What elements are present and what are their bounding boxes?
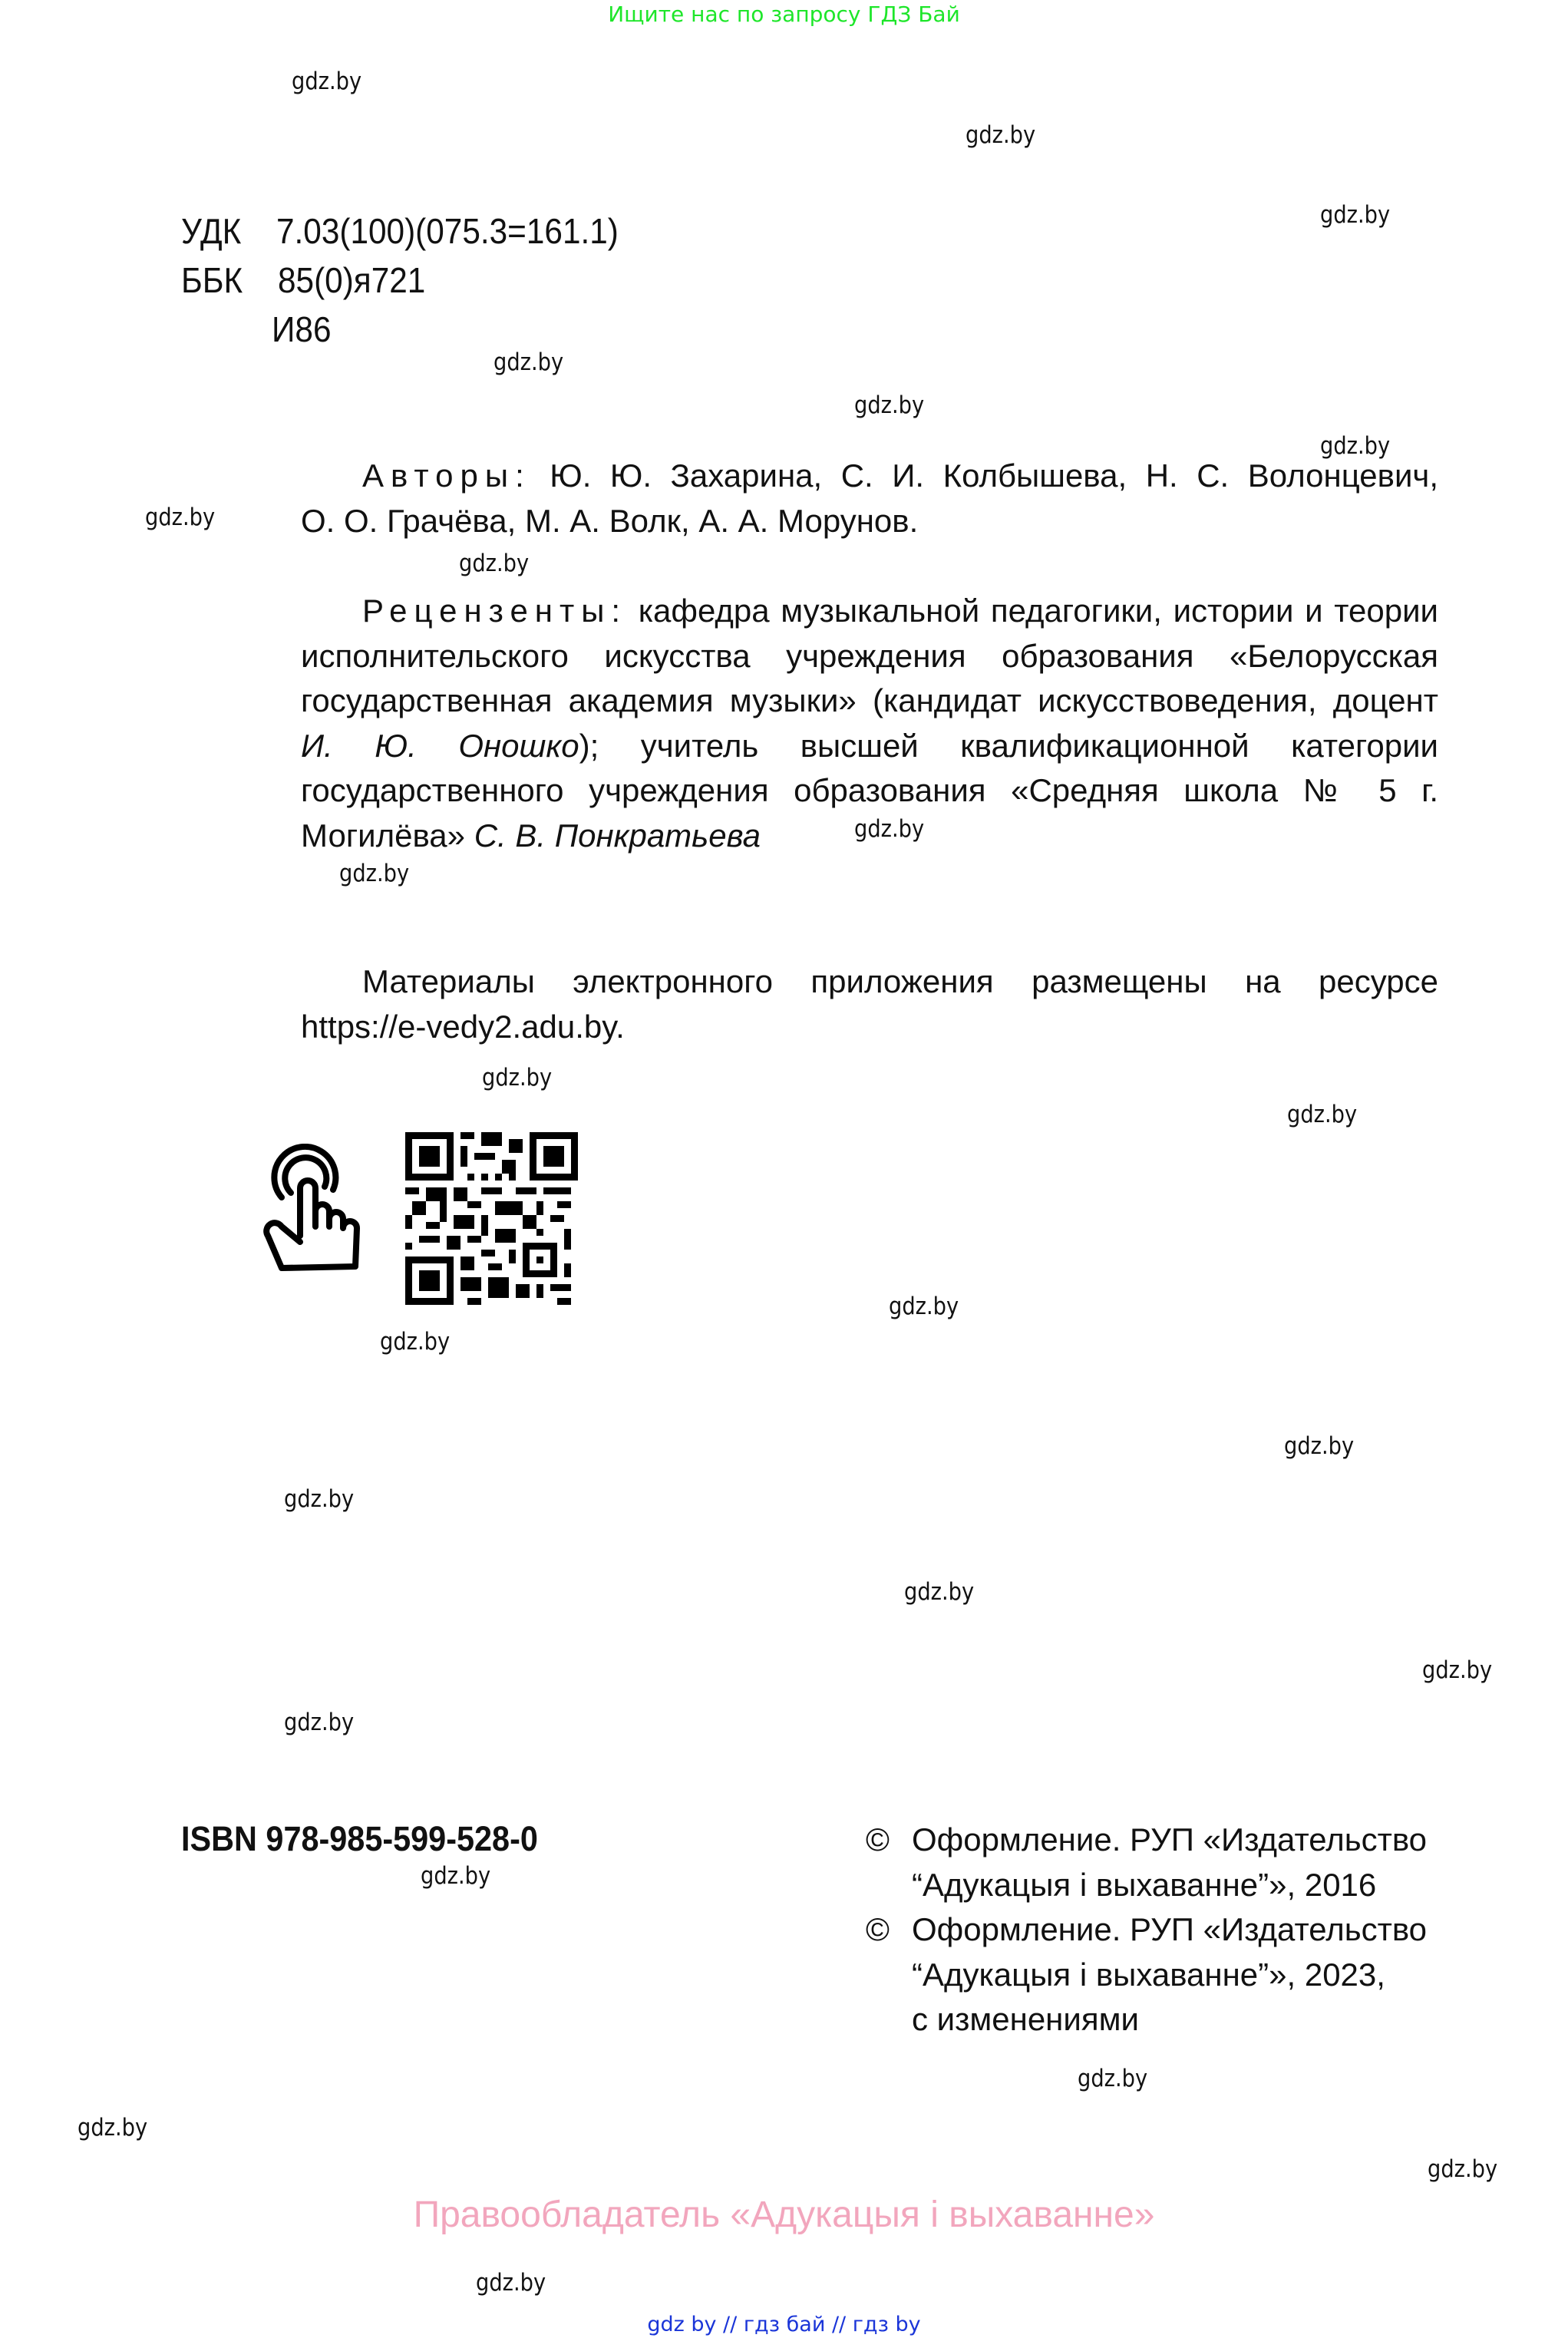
watermark: gdz.by [1320, 201, 1390, 229]
bbk-value: 85(0)я721 [278, 263, 425, 298]
e-materials-text: Материалы электронного приложения размещ… [362, 963, 1438, 999]
copyright-icon: © [866, 1907, 912, 1953]
authors-line2: О. О. Грачёва, М. А. Волк, А. А. Морунов… [301, 499, 1438, 544]
watermark: gdz.by [380, 1328, 450, 1356]
search-banner: Ищите нас по запросу ГДЗ Бай [0, 2, 1568, 27]
authors-paragraph: Авторы: Ю. Ю. Захарина, С. И. Колбышева,… [301, 454, 1438, 543]
rightsholder-notice: Правообладатель «Адукацыя і выхаванне» [0, 2194, 1568, 2236]
reviewers-paragraph: Рецензенты: кафедра музыкальной педагоги… [301, 589, 1438, 858]
watermark: gdz.by [889, 1293, 959, 1320]
authors-label: Авторы: [362, 457, 531, 494]
copyright-2-line2: “Адукацыя і выхаванне”», 2023, [866, 1953, 1427, 1998]
reviewer-person-2: С. В. Понкратьева [474, 817, 761, 854]
copyright-1-line1: Оформление. РУП «Издательство [912, 1818, 1427, 1863]
author-mark: И86 [272, 312, 331, 347]
watermark: gdz.by [145, 504, 215, 531]
copyright-block: ©Оформление. РУП «Издательство “Адукацыя… [866, 1818, 1427, 2042]
udk-value: 7.03(100)(075.3=161.1) [276, 213, 619, 249]
watermark: gdz.by [966, 121, 1035, 149]
watermark: gdz.by [1287, 1101, 1357, 1128]
copyright-1-line2: “Адукацыя і выхаванне”», 2016 [866, 1863, 1427, 1908]
tap-hand-icon [260, 1144, 360, 1282]
watermark: gdz.by [459, 550, 529, 577]
watermark: gdz.by [854, 391, 924, 419]
reviewer-person-1: И. Ю. Оношко [301, 728, 579, 764]
watermark: gdz.by [476, 2269, 546, 2297]
e-materials-url[interactable]: https://e-vedy2.adu.by. [301, 1005, 1438, 1050]
watermark: gdz.by [482, 1064, 552, 1091]
watermark: gdz.by [1428, 2155, 1497, 2183]
watermark: gdz.by [1078, 2065, 1147, 2092]
copyright-icon: © [866, 1818, 912, 1863]
watermark: gdz.by [292, 68, 361, 95]
watermark: gdz.by [904, 1578, 974, 1606]
copyright-2-line3: с изменениями [866, 1997, 1427, 2042]
isbn: ISBN 978-985-599-528-0 [181, 1819, 538, 1859]
footer-links[interactable]: gdz by // гдз бай // гдз by [0, 2313, 1568, 2336]
watermark: gdz.by [284, 1709, 354, 1736]
watermark: gdz.by [284, 1485, 354, 1513]
watermark: gdz.by [1422, 1656, 1492, 1684]
copyright-2-line1: Оформление. РУП «Издательство [912, 1907, 1427, 1953]
watermark: gdz.by [494, 348, 563, 376]
watermark: gdz.by [339, 860, 409, 887]
watermark: gdz.by [78, 2114, 147, 2142]
reviewers-label: Рецензенты: [362, 593, 627, 629]
qr-code[interactable] [405, 1132, 578, 1305]
authors-line1: Ю. Ю. Захарина, С. И. Колбышева, Н. С. В… [531, 457, 1438, 494]
bbk-label: ББК [181, 263, 243, 298]
watermark: gdz.by [421, 1862, 490, 1890]
watermark: gdz.by [1284, 1432, 1354, 1460]
e-materials-paragraph: Материалы электронного приложения размещ… [301, 959, 1438, 1049]
udk-label: УДК [181, 213, 241, 249]
